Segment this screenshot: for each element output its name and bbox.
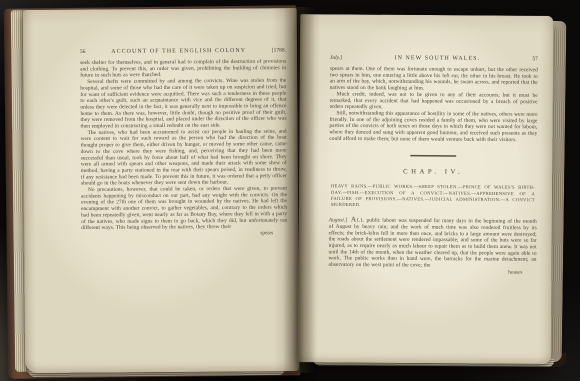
left-running-title: ACCOUNT OF THE ENGLISH COLONY [111,46,246,54]
right-folio: 57 [532,56,538,62]
right-running-title: IN NEW SOUTH WALES. [395,54,481,62]
left-page-body: seek shelter for themselves, and in gene… [80,58,287,237]
book-photo: 56 ACCOUNT OF THE ENGLISH COLONY [1788. … [0,0,580,381]
august-paragraph: August.]Allpublic labour was suspended f… [328,216,536,269]
margin-date: August.] [329,217,348,223]
paragraph: Much credit, indeed, was not to be given… [330,91,538,112]
august-paragraph-text: public labour was suspended for many day… [328,217,536,268]
catchword: houses [328,268,536,275]
month-marker: July.] [330,54,342,60]
paragraph: No precautions, however, that could be t… [81,185,287,231]
catchword: spears [81,230,287,237]
right-page-header: July.] IN NEW SOUTH WALES. 57 [330,53,538,62]
left-page-header: 56 ACCOUNT OF THE ENGLISH COLONY [1788. [80,46,286,55]
paragraph: spears at them. One of them was fortunat… [330,65,538,92]
chapter-heading: CHAP. IV. [329,167,537,176]
paragraph: Still, notwithstanding this appearance o… [329,110,537,143]
august-paragraph-block: August.]Allpublic labour was suspended f… [328,216,536,275]
right-page-body: spears at them. One of them was fortunat… [329,65,538,143]
chapter-summary: HEAVY RAINS.—PUBLIC WORKS.—SHEEP STOLEN.… [331,183,535,209]
paragraph: Several thefts were committed by and amo… [80,77,286,129]
left-page: 56 ACCOUNT OF THE ENGLISH COLONY [1788. … [23,8,300,373]
section-rule [410,155,456,157]
left-folio: 56 [80,49,86,55]
paragraph: The natives, who had been accustomed to … [81,128,287,187]
year-marker: [1788. [272,47,286,53]
right-page: July.] IN NEW SOUTH WALES. 57 spears at … [298,14,553,364]
paragraph: seek shelter for themselves, and in gene… [80,58,286,78]
